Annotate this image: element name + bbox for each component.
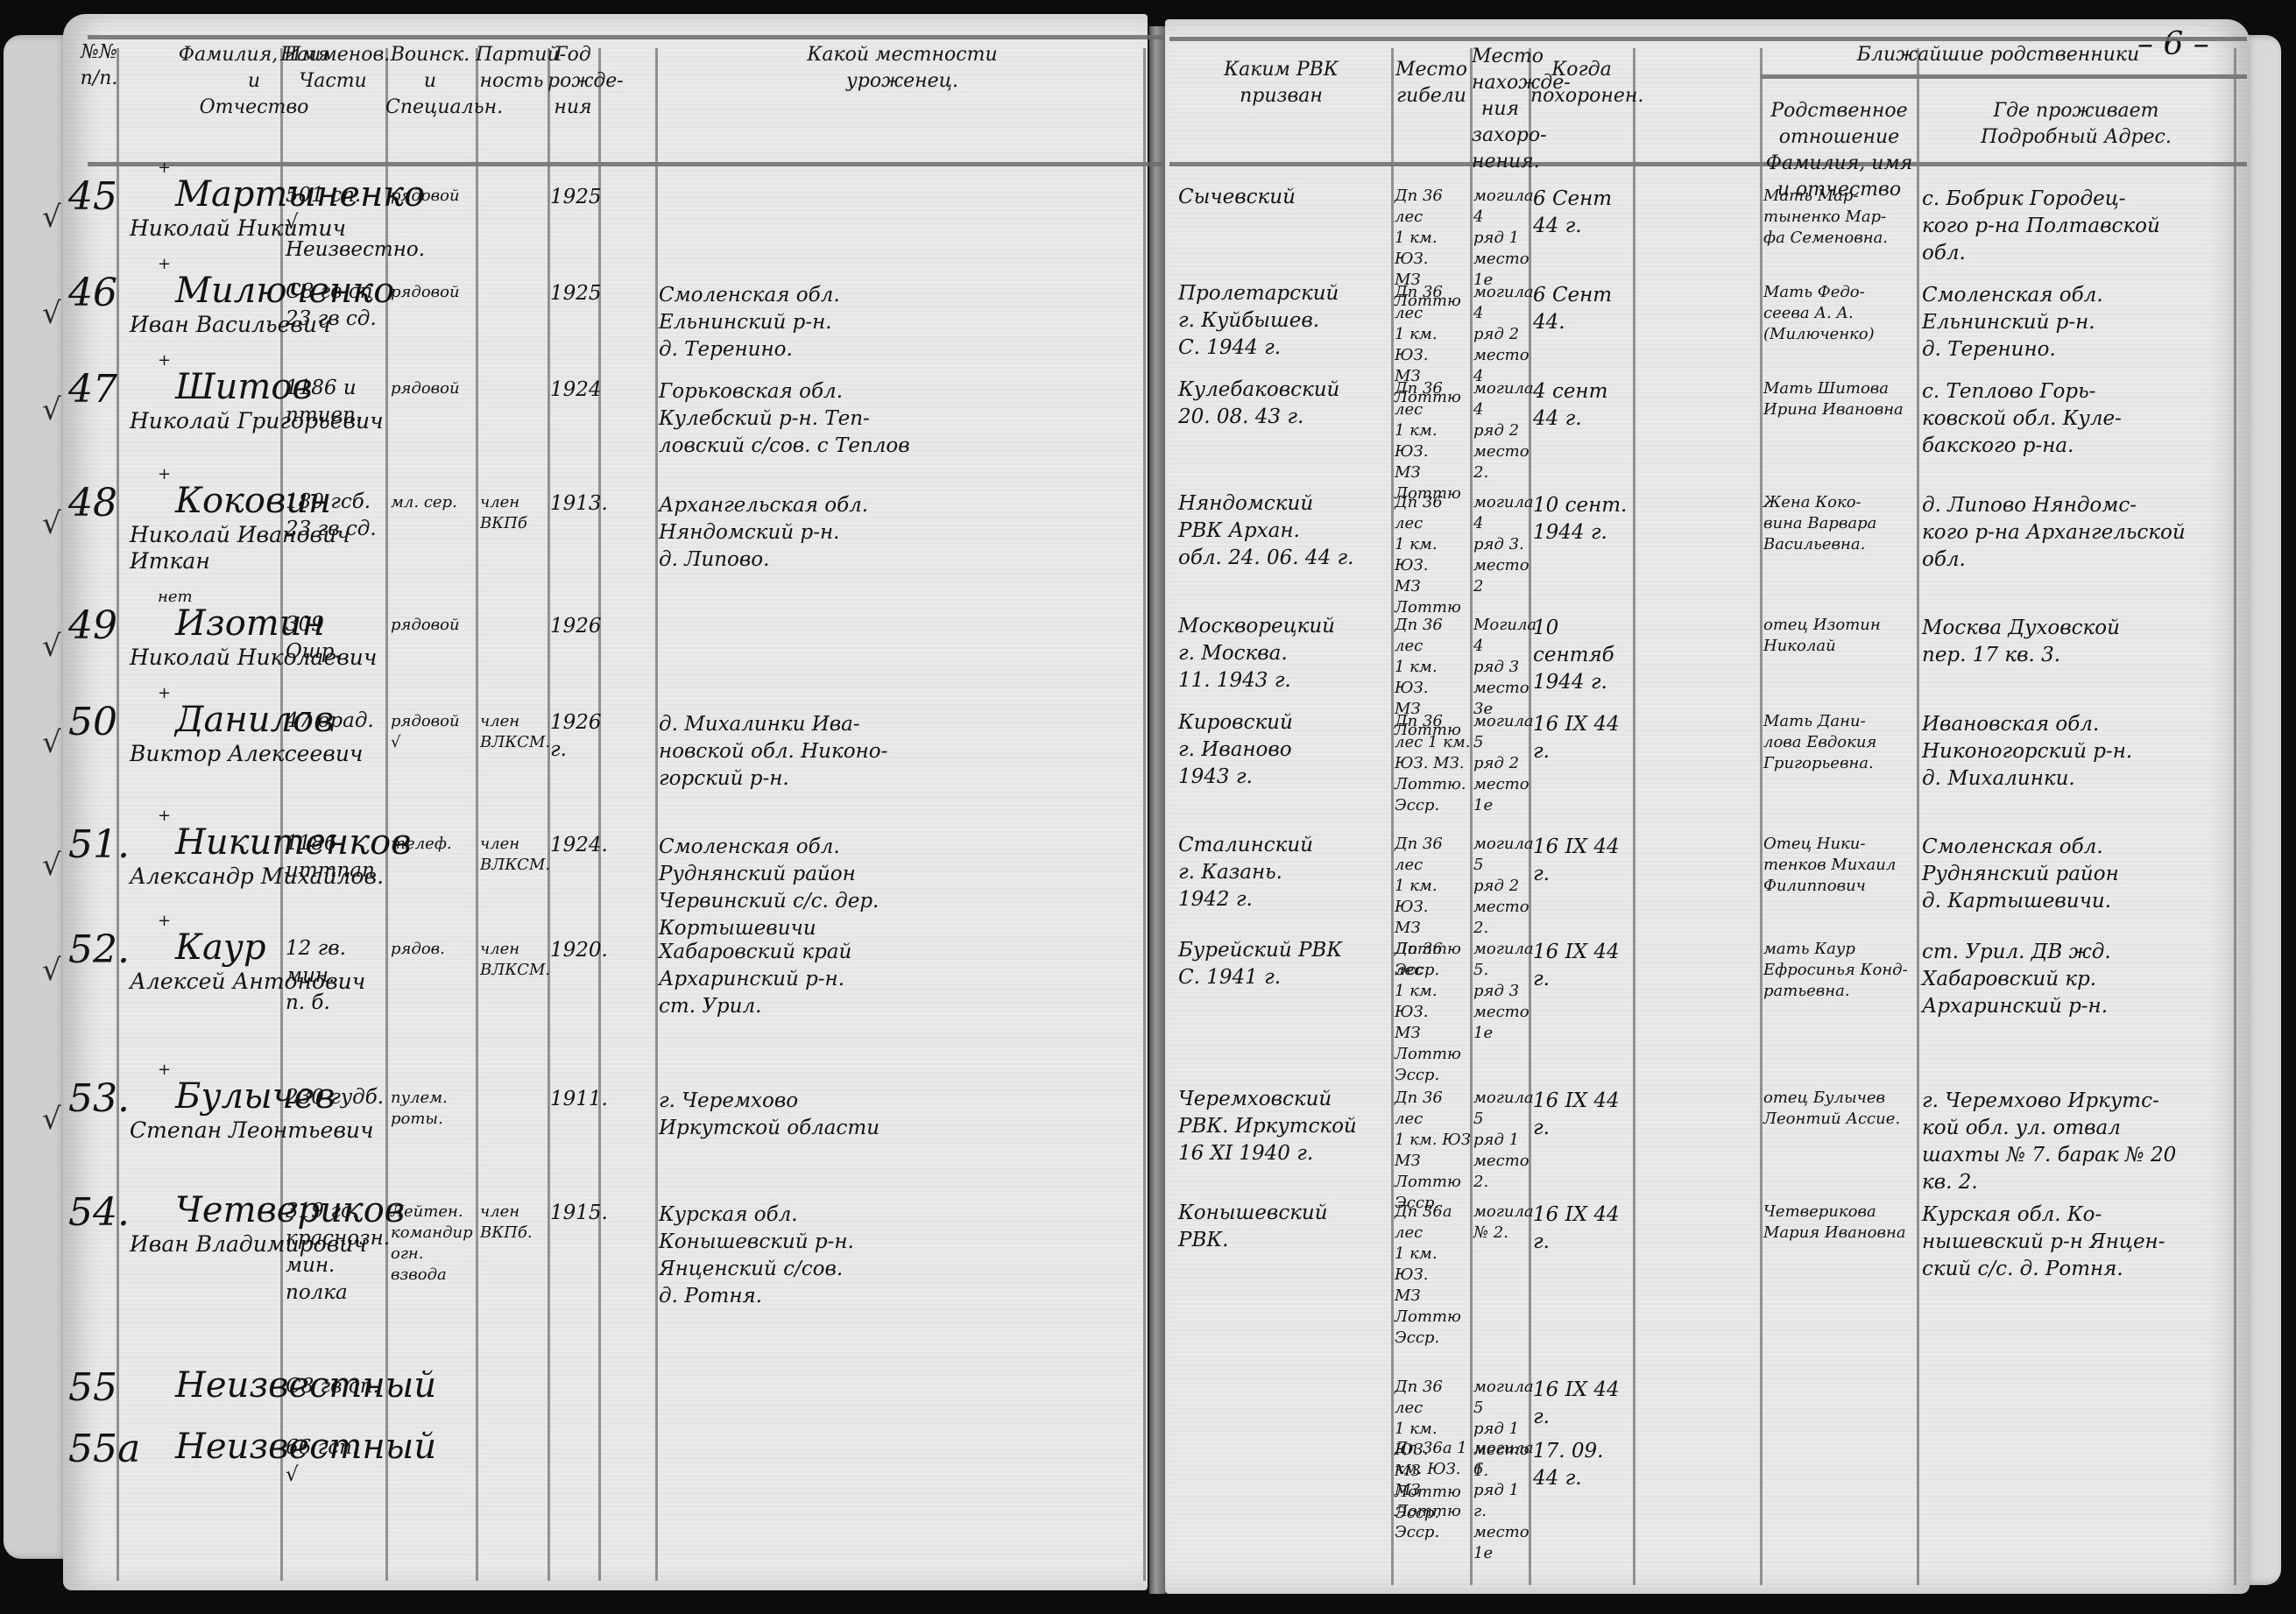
ruled-line — [1169, 162, 2247, 166]
checkmark: √ — [42, 1102, 61, 1137]
book-spine — [1149, 26, 1165, 1594]
conscription-office: Конышевский РВК. — [1178, 1200, 1388, 1254]
column-rule — [476, 48, 478, 1581]
entry-number: 49 — [68, 604, 121, 648]
conscription-office: Москворецкий г. Москва. 11. 1943 г. — [1178, 613, 1388, 694]
grave-location: могила 4 ряд 1 место 1е — [1473, 186, 1531, 291]
book-left-edge — [4, 35, 68, 1559]
grave-location: могила 5. ряд 3 место 1е — [1473, 939, 1531, 1044]
relative: мать Каур Ефросинья Конд- ратьевна. — [1763, 939, 1918, 1002]
grave-location: могила 4 ряд 2 место 4 — [1473, 282, 1531, 387]
relative: Четверикова Мария Ивановна — [1763, 1202, 1918, 1244]
conscription-office: Няндомский РВК Архан. обл. 24. 06. 44 г. — [1178, 490, 1388, 572]
conscription-office: Пролетарский г. Куйбышев. С. 1944 г. — [1178, 280, 1388, 362]
grave-location: могила 4 ряд 3. место 2 — [1473, 492, 1531, 597]
entry-number: 51. — [68, 823, 121, 867]
cross-mark: + — [158, 1060, 171, 1081]
relative: Мать Шитова Ирина Ивановна — [1763, 378, 1918, 420]
unit: 12 гв. мин. п. б. — [286, 935, 389, 1017]
relative-address: Курская обл. Ко- нышевский р-н Янцен- ск… — [1922, 1202, 2234, 1283]
burial-date: 6 Сент 44. — [1533, 282, 1635, 336]
column-header: Каким РВК призван — [1174, 57, 1388, 109]
cross-mark: + — [158, 158, 171, 179]
unit: 180 гсб. 23 гв сд. — [286, 489, 389, 543]
death-place: Дп 36 лес 1 км. ЮЗ. МЗ Лоттю — [1395, 492, 1472, 618]
entry-number: 45 — [68, 175, 121, 219]
party: член ВЛКСМ. — [480, 834, 550, 876]
grave-location: могила 5 ряд 2 место 1е — [1473, 711, 1531, 816]
rank: рядовой — [391, 282, 478, 303]
conscription-office: Кулебаковский 20. 08. 43 г. — [1178, 377, 1388, 431]
birth-year: 1925 — [550, 184, 603, 211]
entry-number: 54. — [68, 1191, 121, 1235]
grave-location: могила 5 ряд 1 место 2. — [1473, 1088, 1531, 1193]
ruled-line — [88, 35, 1165, 39]
origin: Смоленская обл. Ельнинский р-н. д. Терен… — [659, 282, 1141, 363]
burial-date: 17. 09. 44 г. — [1533, 1438, 1635, 1492]
relative: Жена Коко- вина Варвара Васильевна. — [1763, 492, 1918, 555]
column-header: Наименов. Части — [280, 42, 385, 95]
cross-mark: + — [158, 350, 171, 371]
checkmark: √ — [42, 200, 61, 235]
rank: Лейтен. командир огн. взвода — [391, 1202, 478, 1286]
relative-address: Москва Духовской пер. 17 кв. 3. — [1922, 615, 2234, 669]
party: член ВКПб — [480, 492, 550, 534]
left-page — [63, 14, 1148, 1590]
group-header: Ближайшие родственники — [1762, 42, 2235, 68]
checkmark: √ — [42, 296, 61, 331]
conscription-office: Кировский г. Иваново 1943 г. — [1178, 709, 1388, 791]
ruled-line — [1761, 74, 2247, 79]
burial-date: 16 IX 44 г. — [1533, 1377, 1635, 1431]
column-header: Место нахожде- ния захоро- нения. — [1472, 44, 1529, 175]
burial-date: 10 сентяб 1944 г. — [1533, 615, 1635, 696]
unit: С8 гв сп 23 гв сд. — [286, 278, 389, 333]
ruled-line — [88, 162, 1165, 166]
relative-address: д. Липово Няндомс- кого р-на Архангельск… — [1922, 492, 2234, 574]
relative: Мать Федо- сеева А. А. (Милюченко) — [1763, 282, 1918, 345]
burial-date: 10 сент. 1944 г. — [1533, 492, 1635, 546]
checkmark: √ — [42, 953, 61, 988]
unit: С8 гв сп. — [286, 1373, 389, 1400]
entry-number: 46 — [68, 271, 121, 315]
ruled-line — [1169, 37, 2247, 41]
column-header: №№ п/п. — [77, 39, 121, 92]
birth-year: 1924. — [550, 832, 603, 859]
rank: телеф. — [391, 834, 478, 855]
column-rule — [1143, 48, 1146, 1581]
column-rule — [1391, 48, 1394, 1585]
checkmark: √ — [42, 392, 61, 427]
birth-year: 1924 — [550, 377, 603, 404]
entry-number: 55 — [68, 1366, 121, 1410]
entry-number: 47 — [68, 368, 121, 412]
death-place: Дп 36а лес 1 км. ЮЗ. МЗ Лоттю Эсср. — [1395, 1202, 1472, 1349]
death-place: Дп 36а 1 км. ЮЗ. МЗ Лоттю Эсср. — [1395, 1438, 1472, 1543]
relative-address: Смоленская обл. Руднянский район д. Карт… — [1922, 834, 2234, 915]
unit: 47 орад. — [286, 708, 389, 735]
party: член ВЛКСМ. — [480, 939, 550, 981]
rank: рядов. — [391, 939, 478, 960]
birth-year: 1926 г. — [550, 709, 603, 764]
conscription-office: Сычевский — [1178, 184, 1388, 211]
column-rule — [1917, 48, 1919, 1585]
conscription-office: Черемховский РВК. Иркутской 16 XI 1940 г… — [1178, 1086, 1388, 1167]
death-place: Дп 36 лес 1 км. ЮЗ. МЗ. Лоттю. Эсср. — [1395, 711, 1472, 816]
death-place: Дп 36 лес 1 км. ЮЗ МЗ Лоттю Эсср. — [1395, 1088, 1472, 1214]
grave-location: могила № 2. — [1473, 1202, 1531, 1244]
column-rule — [2234, 48, 2236, 1585]
birth-year: 1926 — [550, 613, 603, 640]
entry-number: 50 — [68, 701, 121, 744]
grave-location: Могила 4 ряд 3 место 3е — [1473, 615, 1531, 720]
checkmark: √ — [42, 848, 61, 883]
rank: рядовой — [391, 186, 478, 207]
unit: 319 гс. краснозн. мин. полка — [286, 1198, 389, 1307]
unit: 66 гсп. √ — [286, 1434, 389, 1489]
burial-date: 16 IX 44 г. — [1533, 834, 1635, 888]
relative-address: с. Теплово Горь- ковской обл. Куле- бакс… — [1922, 378, 2234, 460]
cross-mark: + — [158, 806, 171, 827]
entry-number: 55а — [68, 1427, 121, 1471]
conscription-office: Сталинский г. Казань. 1942 г. — [1178, 832, 1388, 913]
rank: рядовой — [391, 615, 478, 636]
birth-year: 1920. — [550, 937, 603, 964]
column-header: Какой местности уроженец. — [666, 42, 1139, 95]
relative-address: Смоленская обл. Ельнинский р-н. д. Терен… — [1922, 282, 2234, 363]
relative: Мать Мар- тыненко Мар- фа Семеновна. — [1763, 186, 1918, 249]
burial-date: 16 IX 44 г. — [1533, 939, 1635, 993]
origin: Архангельская обл. Няндомский р-н. д. Ли… — [659, 492, 1141, 574]
entry-number: 53. — [68, 1077, 121, 1121]
unit: 1186 и птиеп. — [286, 375, 389, 429]
cross-mark: + — [158, 683, 171, 704]
rank: мл. сер. — [391, 492, 478, 513]
relative: отец Булычев Леонтий Ассие. — [1763, 1088, 1918, 1130]
checkmark: √ — [42, 629, 61, 664]
column-header: Когда похоронен. — [1530, 57, 1633, 109]
birth-year: 1925 — [550, 280, 603, 307]
entry-number: 48 — [68, 482, 121, 525]
unit: 230 гудб. — [286, 1084, 389, 1111]
burial-date: 16 IX 44 г. — [1533, 711, 1635, 765]
column-header: Воинск. и Специальн. — [385, 42, 475, 121]
death-place: Дп 36 лес 1 км. ЮЗ. МЗ Лоттю Эсср. — [1395, 939, 1472, 1086]
birth-year: 1911. — [550, 1086, 603, 1113]
relative-address: ст. Урил. ДВ жд. Хабаровский кр. Архарин… — [1922, 939, 2234, 1020]
burial-date: 4 сент 44 г. — [1533, 378, 1635, 433]
relative: Мать Дани- лова Евдокия Григорьевна. — [1763, 711, 1918, 774]
conscription-office: Бурейский РВК С. 1941 г. — [1178, 937, 1388, 991]
relative: Отец Ники- тенков Михаил Филиппович — [1763, 834, 1918, 897]
grave-location: могила 6 ряд 1 г. место 1е — [1473, 1438, 1531, 1564]
burial-date: 16 IX 44 г. — [1533, 1202, 1635, 1256]
burial-date: 16 IX 44 г. — [1533, 1088, 1635, 1142]
cross-mark: + — [158, 911, 171, 932]
birth-year: 1913. — [550, 490, 603, 518]
unit: 1186 иттпап — [286, 830, 389, 885]
burial-date: 6 Сент 44 г. — [1533, 186, 1635, 240]
column-rule — [1633, 48, 1635, 1585]
cross-mark: + — [158, 464, 171, 485]
column-rule — [1760, 48, 1763, 1585]
column-header: Место гибели — [1393, 57, 1470, 109]
origin: Горьковская обл. Кулебский р-н. Теп- лов… — [659, 378, 1141, 460]
origin: Смоленская обл. Руднянский район Червинс… — [659, 834, 1141, 942]
column-header: Где проживает Подробный Адрес. — [1918, 98, 2234, 151]
origin: Курская обл. Конышевский р-н. Янценский … — [659, 1202, 1141, 1310]
relative-address: Ивановская обл. Никоногорский р-н. д. Ми… — [1922, 711, 2234, 793]
party: член ВКПб. — [480, 1202, 550, 1244]
relative-address: с. Бобрик Городец- кого р-на Полтавской … — [1922, 186, 2234, 267]
unit: 501 сп. √ Неизвестно. — [286, 182, 389, 264]
party: член ВЛКСМ. — [480, 711, 550, 753]
death-place: Дп 36 лес 1 км. ЮЗ. МЗ Лоттю — [1395, 378, 1472, 504]
entry-number: 52. — [68, 928, 121, 972]
relative-address: г. Черемхово Иркутс- кой обл. ул. отвал … — [1922, 1088, 2234, 1196]
rank: рядовой — [391, 378, 478, 399]
unit: 309 Ошр. — [286, 611, 389, 666]
grave-location: могила 4 ряд 2 место 2. — [1473, 378, 1531, 483]
grave-location: могила 5 ряд 2 место 2. — [1473, 834, 1531, 939]
cross-mark: + — [158, 254, 171, 275]
rank: рядовой √ — [391, 711, 478, 753]
checkmark: √ — [42, 506, 61, 541]
rank: пулем. роты. — [391, 1088, 478, 1130]
column-rule — [548, 48, 550, 1581]
column-rule — [598, 48, 601, 1581]
column-header: Год рожде- ния — [548, 42, 598, 121]
checkmark: √ — [42, 725, 61, 760]
relative: отец Изотин Николай — [1763, 615, 1918, 657]
birth-year: 1915. — [550, 1200, 603, 1227]
column-header: Партий- ность — [476, 42, 548, 95]
column-rule — [655, 48, 658, 1581]
origin: д. Михалинки Ива- новской обл. Никоно- г… — [659, 711, 1141, 793]
origin: Хабаровский край Архаринский р-н. ст. Ур… — [659, 939, 1141, 1020]
origin: г. Черемхово Иркутской области — [659, 1088, 1141, 1142]
